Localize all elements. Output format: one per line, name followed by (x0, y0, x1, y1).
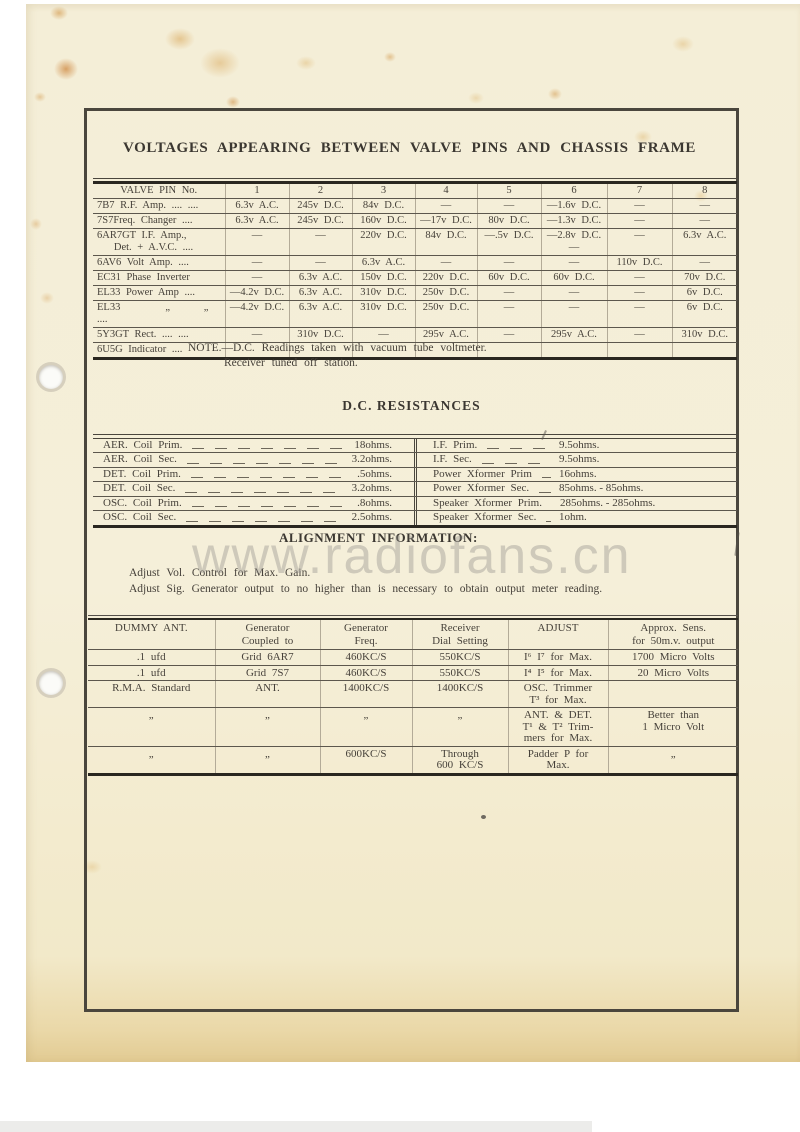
row-value: 285ohms. - 285ohms. (560, 497, 731, 511)
cell: — (541, 256, 607, 271)
cell: 7B7 R.F. Amp. .... .... (93, 199, 225, 214)
cell: „ (608, 746, 738, 774)
cell: EC31 Phase Inverter (93, 271, 225, 286)
cell: 6.3v A.C. (225, 214, 289, 229)
cell: — (607, 286, 672, 301)
table-row: „„„„ANT. & DET. T¹ & T² Trim- mers for M… (88, 708, 738, 747)
cell: 110v D.C. (607, 256, 672, 271)
cell: Through 600 KC/S (412, 746, 508, 774)
cell: 600KC/S (320, 746, 412, 774)
resistances-table: AER. Coil Prim.18ohms.I.F. Prim.9.5ohms.… (93, 438, 737, 528)
cell (541, 343, 607, 359)
cell: Grid 7S7 (215, 665, 320, 681)
cell: —17v D.C. (415, 214, 477, 229)
cell: ANT. & DET. T¹ & T² Trim- mers for Max. (508, 708, 608, 747)
header-row: VALVE PIN No.12345678 (93, 183, 737, 199)
cell: .1 ufd (88, 650, 215, 666)
row-label: DET. Coil Sec. (103, 482, 175, 496)
table-row: DET. Coil Prim..5ohms.Power Xformer Prim… (93, 468, 737, 483)
resistances-heading: D.C. RESISTANCES (84, 398, 739, 414)
cell: 245v D.C. (289, 214, 352, 229)
cell: DET. Coil Prim..5ohms. (93, 468, 414, 482)
scan-edge (0, 1121, 592, 1132)
cell: — (672, 199, 737, 214)
table-row: 7B7 R.F. Amp. .... ....6.3v A.C.245v D.C… (93, 199, 737, 214)
cell: Power Xformer Prim16ohms. (414, 468, 737, 482)
row-label: I.F. Sec. (433, 453, 472, 467)
cell: —1.3v D.C. (541, 214, 607, 229)
cell: — (225, 256, 289, 271)
row-value: .8ohms. (357, 497, 392, 511)
punch-hole (39, 671, 63, 695)
cell: 60v D.C. (477, 271, 541, 286)
cell: I.F. Prim.9.5ohms. (414, 439, 737, 453)
table-row: DET. Coil Sec.3.2ohms.Power Xformer Sec.… (93, 482, 737, 497)
row-value: 3.2ohms. (352, 453, 392, 467)
note: NOTE.—D.C. Readings taken with vacuum tu… (188, 341, 487, 370)
cell: 250v D.C. (415, 301, 477, 328)
dot-leader (546, 521, 551, 522)
cell (672, 343, 737, 359)
cell: OSC. Trimmer T³ for Max. (508, 681, 608, 708)
cell: 150v D.C. (352, 271, 415, 286)
table-row: 6AV6 Volt Amp. ....——6.3v A.C.———110v D.… (93, 256, 737, 271)
cell: Speaker Xformer Prim.285ohms. - 285ohms. (414, 497, 737, 511)
table-row: OSC. Coil Sec.2.5ohms.Speaker Xformer Se… (93, 511, 737, 525)
alignment-instructions: Adjust Vol. Control for Max. Gain. Adjus… (129, 566, 602, 597)
row-value: 1ohm. (559, 511, 731, 525)
cell: —2.8v D.C. — (541, 229, 607, 256)
cell: .1 ufd (88, 665, 215, 681)
cell: 6v D.C. (672, 301, 737, 328)
cell: — (225, 271, 289, 286)
cell: 1700 Micro Volts (608, 650, 738, 666)
cell: — (477, 256, 541, 271)
cell: 84v D.C. (352, 199, 415, 214)
row-value: .5ohms. (357, 468, 392, 482)
voltage-table-wrap: VALVE PIN No.123456787B7 R.F. Amp. .... … (93, 178, 737, 360)
cell: Grid 6AR7 (215, 650, 320, 666)
cell: 550KC/S (412, 665, 508, 681)
row-value: 3.2ohms. (352, 482, 392, 496)
cell: 6.3v A.C. (225, 199, 289, 214)
dot-leader (186, 521, 343, 522)
cell: Better than 1 Micro Volt (608, 708, 738, 747)
cell: 60v D.C. (541, 271, 607, 286)
column-header: 1 (225, 183, 289, 199)
cell: Speaker Xformer Sec.1ohm. (414, 511, 737, 525)
cell: Power Xformer Sec.85ohms. - 85ohms. (414, 482, 737, 496)
row-value: 85ohms. - 85ohms. (559, 482, 731, 496)
cell: „ (215, 708, 320, 747)
row-value: 16ohms. (559, 468, 731, 482)
alignment-table-wrap: DUMMY ANT.Generator Coupled toGenerator … (88, 615, 738, 776)
cell: 6v D.C. (672, 286, 737, 301)
ink-spot (481, 815, 486, 819)
instruction-line: Adjust Vol. Control for Max. Gain. (129, 566, 602, 582)
scanned-service-manual-page: VOLTAGES APPEARING BETWEEN VALVE PINS AN… (0, 0, 800, 1132)
cell: „ (88, 708, 215, 747)
row-label: AER. Coil Prim. (103, 439, 182, 453)
dot-leader (185, 492, 343, 493)
cell: 310v D.C. (672, 328, 737, 343)
dot-leader (192, 448, 346, 449)
punch-hole (39, 365, 63, 389)
cell: — (607, 271, 672, 286)
cell: —1.6v D.C. (541, 199, 607, 214)
dot-leader (187, 463, 344, 464)
cell: 80v D.C. (477, 214, 541, 229)
alignment-table: DUMMY ANT.Generator Coupled toGenerator … (88, 618, 738, 776)
table-row: EC31 Phase Inverter—6.3v A.C.150v D.C.22… (93, 271, 737, 286)
cell: — (672, 214, 737, 229)
dot-leader (191, 477, 349, 478)
cell: — (289, 229, 352, 256)
cell: — (415, 256, 477, 271)
table-row: 7S7Freq. Changer ....6.3v A.C.245v D.C.1… (93, 214, 737, 229)
row-label: Speaker Xformer Sec. (433, 511, 536, 525)
cell: 250v D.C. (415, 286, 477, 301)
row-value: 9.5ohms. (559, 453, 731, 467)
cell: 220v D.C. (352, 229, 415, 256)
cell: 6.3v A.C. (289, 286, 352, 301)
cell: 1400KC/S (412, 681, 508, 708)
table-row: AER. Coil Sec.3.2ohms.I.F. Sec.9.5ohms. (93, 453, 737, 468)
row-label: OSC. Coil Prim. (103, 497, 182, 511)
table-row: .1 ufdGrid 6AR7460KC/S550KC/SI⁶ I⁷ for M… (88, 650, 738, 666)
note-line: NOTE.—D.C. Readings taken with vacuum tu… (188, 341, 487, 356)
voltage-table: VALVE PIN No.123456787B7 R.F. Amp. .... … (93, 181, 737, 360)
column-header: Generator Coupled to (215, 619, 320, 650)
cell: — (225, 229, 289, 256)
table-row: .1 ufdGrid 7S7460KC/S550KC/SI⁴ I⁵ for Ma… (88, 665, 738, 681)
cell: 6.3v A.C. (352, 256, 415, 271)
dot-leader (487, 448, 551, 449)
cell: 6AV6 Volt Amp. .... (93, 256, 225, 271)
cell: 6.3v A.C. (672, 229, 737, 256)
column-header: 8 (672, 183, 737, 199)
page-title: VOLTAGES APPEARING BETWEEN VALVE PINS AN… (123, 140, 696, 157)
dot-leader (539, 492, 551, 493)
cell: 6AR7GT I.F. Amp., Det. + A.V.C. .... (93, 229, 225, 256)
row-label: Power Xformer Prim (433, 468, 532, 482)
cell: „ (320, 708, 412, 747)
cell: 6.3v A.C. (289, 271, 352, 286)
dot-leader (192, 506, 349, 507)
cell: —4.2v D.C. (225, 286, 289, 301)
cell: — (672, 256, 737, 271)
row-label: I.F. Prim. (433, 439, 477, 453)
row-value: 2.5ohms. (352, 511, 392, 525)
header-row: DUMMY ANT.Generator Coupled toGenerator … (88, 619, 738, 650)
table-row: OSC. Coil Prim..8ohms.Speaker Xformer Pr… (93, 497, 737, 512)
cell: 70v D.C. (672, 271, 737, 286)
cell: — (541, 301, 607, 328)
cell: 310v D.C. (352, 301, 415, 328)
cell: EL33 Power Amp .... (93, 286, 225, 301)
table-row: EL33 „ „ ....—4.2v D.C.6.3v A.C.310v D.C… (93, 301, 737, 328)
cell: ANT. (215, 681, 320, 708)
column-header: 2 (289, 183, 352, 199)
row-label: OSC. Coil Sec. (103, 511, 176, 525)
cell: „ (412, 708, 508, 747)
cell: 160v D.C. (352, 214, 415, 229)
cell: —.5v D.C. (477, 229, 541, 256)
cell: „ (88, 746, 215, 774)
cell: 460KC/S (320, 665, 412, 681)
cell: — (477, 286, 541, 301)
cell: EL33 „ „ .... (93, 301, 225, 328)
cell (607, 343, 672, 359)
resistances-table-wrap: AER. Coil Prim.18ohms.I.F. Prim.9.5ohms.… (93, 434, 737, 528)
table-row: EL33 Power Amp ....—4.2v D.C.6.3v A.C.31… (93, 286, 737, 301)
cell: — (541, 286, 607, 301)
cell: 1400KC/S (320, 681, 412, 708)
dot-leader (482, 463, 551, 464)
cell: AER. Coil Prim.18ohms. (93, 439, 414, 453)
column-header: 5 (477, 183, 541, 199)
cell: — (607, 328, 672, 343)
column-header: 6 (541, 183, 607, 199)
cell: — (477, 301, 541, 328)
row-label: AER. Coil Sec. (103, 453, 177, 467)
column-header: VALVE PIN No. (93, 183, 225, 199)
cell: 220v D.C. (415, 271, 477, 286)
cell: AER. Coil Sec.3.2ohms. (93, 453, 414, 467)
cell: Padder P for Max. (508, 746, 608, 774)
row-value: 9.5ohms. (559, 439, 731, 453)
row-label: Speaker Xformer Prim. (433, 497, 542, 511)
cell: OSC. Coil Prim..8ohms. (93, 497, 414, 511)
column-header: ADJUST (508, 619, 608, 650)
cell: 460KC/S (320, 650, 412, 666)
dot-leader (542, 477, 551, 478)
cell: 6.3v A.C. (289, 301, 352, 328)
column-header: Approx. Sens. for 50m.v. output (608, 619, 738, 650)
cell (608, 681, 738, 708)
column-header: DUMMY ANT. (88, 619, 215, 650)
table-row: R.M.A. StandardANT.1400KC/S1400KC/SOSC. … (88, 681, 738, 708)
instruction-line: Adjust Sig. Generator output to no highe… (129, 582, 602, 598)
column-header: 4 (415, 183, 477, 199)
cell: — (289, 256, 352, 271)
table-row: AER. Coil Prim.18ohms.I.F. Prim.9.5ohms. (93, 439, 737, 454)
cell: 7S7Freq. Changer .... (93, 214, 225, 229)
row-label: Power Xformer Sec. (433, 482, 529, 496)
cell: — (607, 214, 672, 229)
cell: OSC. Coil Sec.2.5ohms. (93, 511, 414, 525)
note-line: Receiver tuned off station. (224, 356, 487, 371)
table-row: „„600KC/SThrough 600 KC/SPadder P for Ma… (88, 746, 738, 774)
cell: — (607, 229, 672, 256)
column-header: Generator Freq. (320, 619, 412, 650)
cell: I⁴ I⁵ for Max. (508, 665, 608, 681)
cell: — (607, 199, 672, 214)
row-label: DET. Coil Prim. (103, 468, 181, 482)
cell: 295v A.C. (541, 328, 607, 343)
column-header: 7 (607, 183, 672, 199)
cell: — (607, 301, 672, 328)
cell: 245v D.C. (289, 199, 352, 214)
alignment-heading: ALIGNMENT INFORMATION: (279, 530, 478, 546)
cell: —4.2v D.C. (225, 301, 289, 328)
cell: — (415, 199, 477, 214)
cell: 84v D.C. (415, 229, 477, 256)
column-header: 3 (352, 183, 415, 199)
table-row: 6AR7GT I.F. Amp., Det. + A.V.C. ....——22… (93, 229, 737, 256)
cell: 20 Micro Volts (608, 665, 738, 681)
cell: 550KC/S (412, 650, 508, 666)
column-header: Receiver Dial Setting (412, 619, 508, 650)
cell: „ (215, 746, 320, 774)
cell: — (477, 199, 541, 214)
row-value: 18ohms. (354, 439, 392, 453)
cell: R.M.A. Standard (88, 681, 215, 708)
cell: I⁶ I⁷ for Max. (508, 650, 608, 666)
cell: DET. Coil Sec.3.2ohms. (93, 482, 414, 496)
cell: I.F. Sec.9.5ohms. (414, 453, 737, 467)
cell: 310v D.C. (352, 286, 415, 301)
